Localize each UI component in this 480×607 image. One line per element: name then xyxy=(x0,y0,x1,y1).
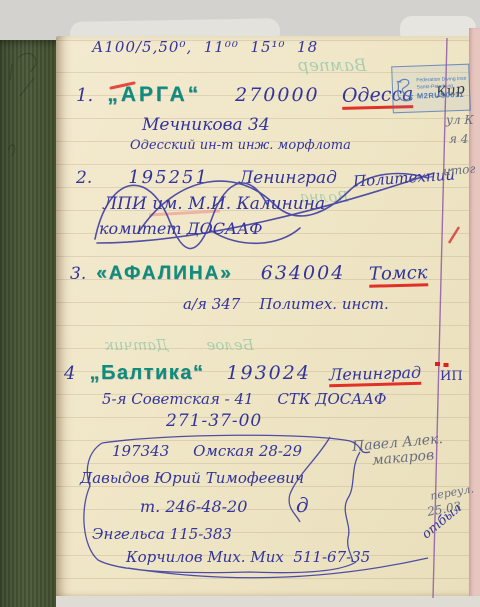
entry-4-phone: 271-37-00 xyxy=(166,413,262,430)
entry-1-row: 1. „АРГА“ 270000 Одесса xyxy=(76,84,413,109)
entry-2-city: Ленинград xyxy=(239,170,337,187)
entry-3-city: Томск xyxy=(369,264,428,288)
entry-2-committee: комитет ДОСААФ xyxy=(99,221,263,237)
diving-federation-stamp: Federation Diving Instr Sankt-Peterburg … xyxy=(391,64,471,114)
entry-1-address: Мечникова 34 xyxy=(142,117,270,134)
contact-code-line: 197343 Омская 28-29 xyxy=(112,444,302,459)
stamp-text-block: Federation Diving Instr Sankt-Peterburg … xyxy=(416,76,467,101)
dove-icon xyxy=(394,74,415,105)
stamp-code: M2RUS0011 xyxy=(417,90,468,101)
entry-2-institute: ЛПИ им. М.И. Калинина xyxy=(103,196,325,213)
contact-phone-line: т. 246-48-20 xyxy=(140,499,247,515)
entry-4-club-name: „Балтика“ xyxy=(89,363,204,383)
entry-4-city: Ленинград xyxy=(329,365,422,387)
margin-street-note: ул К xyxy=(446,114,474,126)
entry-4-row: 4 „Балтика“ 193024 Ленинград xyxy=(64,363,421,386)
entry-3-address: а/я 347 Политех. инст. xyxy=(183,297,389,312)
page-bottom-edge xyxy=(56,596,480,607)
header-note: А100/5,50⁰, 11⁰⁰ 15¹⁰ 18 xyxy=(92,40,318,55)
entry-3-postal-code: 634004 xyxy=(261,264,346,283)
entry-3-number: 3. xyxy=(70,266,86,283)
entry-3-club-name: «АФАЛИНА» xyxy=(96,264,233,283)
entry-4-address: 5-я Советская - 41 СТК ДОСААФ xyxy=(102,392,386,407)
entry-2-postal-code: 195251 xyxy=(128,169,209,187)
entry-1-club-name: „АРГА“ xyxy=(107,84,201,105)
contact-person-line: Корчилов Мих. Мих 511-67-35 xyxy=(126,550,370,565)
entry-2-note: Политехний xyxy=(353,167,456,189)
entry-4-postal-code: 193024 xyxy=(226,364,311,383)
entry-1-number: 1. xyxy=(76,87,93,105)
entry-1-postal-code: 270000 xyxy=(235,86,320,105)
bleedthrough-text: Вампер xyxy=(298,58,367,75)
entry-1-institute: Одесский ин-т инж. морфлота xyxy=(130,139,351,152)
contact-address-line: Энгельса 115-383 xyxy=(92,527,232,542)
contact-name-line: Давыдов Юрий Тимофеевич xyxy=(80,471,304,486)
ink-flourish: д xyxy=(296,495,309,515)
entry-4-number: 4 xyxy=(64,365,75,383)
notebook-scan: Вампер Волна Белое Датчик А100/5,50⁰, 11… xyxy=(0,0,480,607)
entry-2-number: 2. xyxy=(76,170,92,187)
margin-house-note: я 4 xyxy=(449,133,468,145)
bleedthrough-text: Белое Датчик xyxy=(105,338,254,353)
margin-misc-note: итог xyxy=(443,163,476,178)
entry-3-row: 3. «АФАЛИНА» 634004 Томск xyxy=(70,264,428,287)
book-cover xyxy=(0,40,60,607)
margin-ip-note: ИП xyxy=(440,370,463,383)
entry-2-row: 2. 195251 Ленинград Политехний xyxy=(76,169,455,187)
